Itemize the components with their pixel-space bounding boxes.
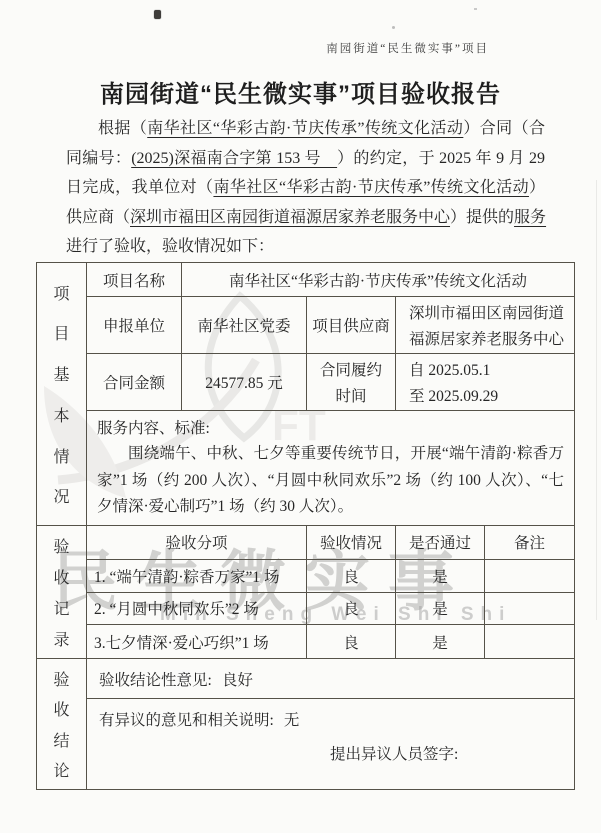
intro-text: ） [529,179,545,196]
period-label: 合同履约 时间 [307,354,396,411]
section-basic-info: 项目基本情况 项目名称 南华社区“华彩古韵·节庆传承”传统文化活动 申报单位 南… [37,263,574,526]
section-records-body: 验收分项 验收情况 是否通过 备注 1. “端午清韵·粽香万家”1 场 良 是 … [87,526,574,658]
supplier-label: 项目供应商 [307,297,396,354]
section-label-basic-info: 项目基本情况 [37,263,87,525]
amount-label: 合同金额 [87,354,182,411]
intro-text: 进行了验收，验收情况如下： [66,238,274,255]
section-records: 验收记录 验收分项 验收情况 是否通过 备注 1. “端午清韵·粽香万家”1 场… [37,526,574,659]
period-value: 自 2025.05.1 至 2025.09.29 [396,354,574,411]
section-label-char: 验 [53,534,69,557]
scan-speck [392,26,395,29]
supplier-value-line1: 深圳市福田区南园街道 [409,301,564,323]
supplier-value-line2: 福源居家养老服务中心 [409,327,564,349]
record-note [485,560,574,593]
records-header-status: 验收情况 [307,526,396,560]
project-name-value: 南华社区“华彩古韵·节庆传承”传统文化活动 [182,263,574,297]
record-status: 良 [307,625,396,658]
objection-signature-label: 提出异议人员签字: [330,742,458,764]
section-conclusion: 验收结论 验收结论性意见:良好 有异议的意见和相关说明:无 提出异议人员签字: [37,659,574,789]
records-header-note: 备注 [485,526,574,560]
section-label-records: 验收记录 [37,526,87,658]
service-content-text: 围绕端午、中秋、七夕等重要传统节日，开展“端午清韵·粽香万家”1 场（约 200… [97,441,564,521]
record-status: 良 [307,560,396,593]
record-row-2: 2. “月圆中秋同欢乐”2 场 良 是 [87,593,574,626]
record-row-1: 1. “端午清韵·粽香万家”1 场 良 是 [87,560,574,593]
report-title: 南园街道“民生微实事”项目验收报告 [0,74,601,109]
record-item: 1. “端午清韵·粽香万家”1 场 [87,560,307,593]
conclusion-opinion-row: 验收结论性意见:良好 [87,659,574,699]
section-label-char: 收 [53,565,69,588]
applicant-label: 申报单位 [87,297,182,354]
intro-text: ）合同（合 [463,120,545,137]
intro-text: ）的约定，于 2025 年 9 月 29 [337,150,545,167]
section-label-char: 论 [53,758,69,781]
records-header-item: 验收分项 [87,526,307,560]
intro-line-3: 日完成，我单位对（南华社区“华彩古韵·节庆传承”传统文化活动） [66,173,545,203]
intro-line-1: 根据（南华社区“华彩古韵·节庆传承”传统文化活动）合同（合 [66,114,545,144]
intro-text: ）提供的 [450,209,514,226]
section-conclusion-body: 验收结论性意见:良好 有异议的意见和相关说明:无 提出异议人员签字: [87,659,574,789]
record-item: 3.七夕情深·爱心巧织”1 场 [87,625,307,658]
record-note [485,625,574,658]
objection-value: 无 [284,712,300,729]
record-passed: 是 [396,560,485,593]
project-name-label: 项目名称 [87,263,182,297]
section-label-char: 收 [53,697,69,720]
scanned-document-page: 南园街道“民生微实事”项目 南园街道“民生微实事”项目验收报告 根据（南华社区“… [0,0,601,833]
records-header-passed: 是否通过 [396,526,485,560]
section-label-char: 项 [53,281,69,304]
record-passed: 是 [396,625,485,658]
acceptance-report-table: 项目基本情况 项目名称 南华社区“华彩古韵·节庆传承”传统文化活动 申报单位 南… [36,262,575,790]
intro-text: 供应商（ [66,209,130,226]
underlined-text: 服务 [514,209,546,226]
conclusion-opinion-label: 验收结论性意见: [99,668,212,690]
intro-text: 根据（ [98,120,147,137]
section-label-char: 结 [53,728,69,751]
underlined-contract-number: (2025)深福南合字第 153 号 [131,150,337,167]
record-status: 良 [307,593,396,626]
service-content-cell: 服务内容、标准: 围绕端午、中秋、七夕等重要传统节日，开展“端午清韵·粽香万家”… [87,411,574,525]
row-project-name: 项目名称 南华社区“华彩古韵·节庆传承”传统文化活动 [87,263,574,297]
section-label-char: 情 [53,444,69,467]
section-label-conclusion: 验收结论 [37,659,87,789]
section-label-char: 况 [53,484,69,507]
section-label-char: 目 [53,321,69,344]
period-to: 至 2025.09.29 [409,384,498,406]
record-passed: 是 [396,593,485,626]
records-header-row: 验收分项 验收情况 是否通过 备注 [87,526,574,560]
ink-blob-artifact [154,10,161,19]
conclusion-opinion-value: 良好 [222,668,253,690]
header-note: 南园街道“民生微实事”项目 [326,40,489,56]
period-label-line2: 时间 [335,384,366,406]
row-amount-period: 合同金额 24577.85 元 合同履约 时间 自 2025.05.1 至 20… [87,354,574,411]
period-label-line1: 合同履约 [320,358,382,380]
page-fold-line [596,180,597,620]
section-label-char: 录 [53,627,69,650]
section-label-char: 基 [53,362,69,385]
intro-text: 日完成，我单位对（ [66,179,213,196]
amount-value: 24577.85 元 [182,354,307,411]
intro-line-4: 供应商（深圳市福田区南园街道福源居家养老服务中心）提供的服务 [66,203,545,233]
scan-speck [474,8,477,10]
objection-label: 有异议的意见和相关说明: [99,712,274,729]
supplier-value: 深圳市福田区南园街道 福源居家养老服务中心 [396,297,574,354]
record-note [485,593,574,626]
section-basic-body: 项目名称 南华社区“华彩古韵·节庆传承”传统文化活动 申报单位 南华社区党委 项… [87,263,574,525]
applicant-value: 南华社区党委 [182,297,307,354]
period-from: 自 2025.05.1 [409,358,490,380]
section-label-char: 记 [53,596,69,619]
underlined-project-name: 南华社区“华彩古韵·节庆传承”传统文化活动 [213,179,529,196]
underlined-supplier-name: 深圳市福田区南园街道福源居家养老服务中心 [130,209,450,226]
section-label-char: 验 [53,667,69,690]
intro-paragraph: 根据（南华社区“华彩古韵·节庆传承”传统文化活动）合同（合 同编号：(2025)… [66,114,545,262]
record-row-3: 3.七夕情深·爱心巧织”1 场 良 是 [87,625,574,658]
record-item: 2. “月圆中秋同欢乐”2 场 [87,593,307,626]
service-content-heading: 服务内容、标准: [97,416,564,441]
section-label-char: 本 [53,403,69,426]
intro-text: 同编号： [66,150,131,167]
intro-line-2: 同编号：(2025)深福南合字第 153 号 ）的约定，于 2025 年 9 月… [66,144,545,174]
row-applicant-supplier: 申报单位 南华社区党委 项目供应商 深圳市福田区南园街道 福源居家养老服务中心 [87,297,574,354]
conclusion-objection-row: 有异议的意见和相关说明:无 提出异议人员签字: [87,699,574,789]
underlined-contract-name: 南华社区“华彩古韵·节庆传承”传统文化活动 [147,120,463,137]
intro-line-5: 进行了验收，验收情况如下： [66,232,545,262]
